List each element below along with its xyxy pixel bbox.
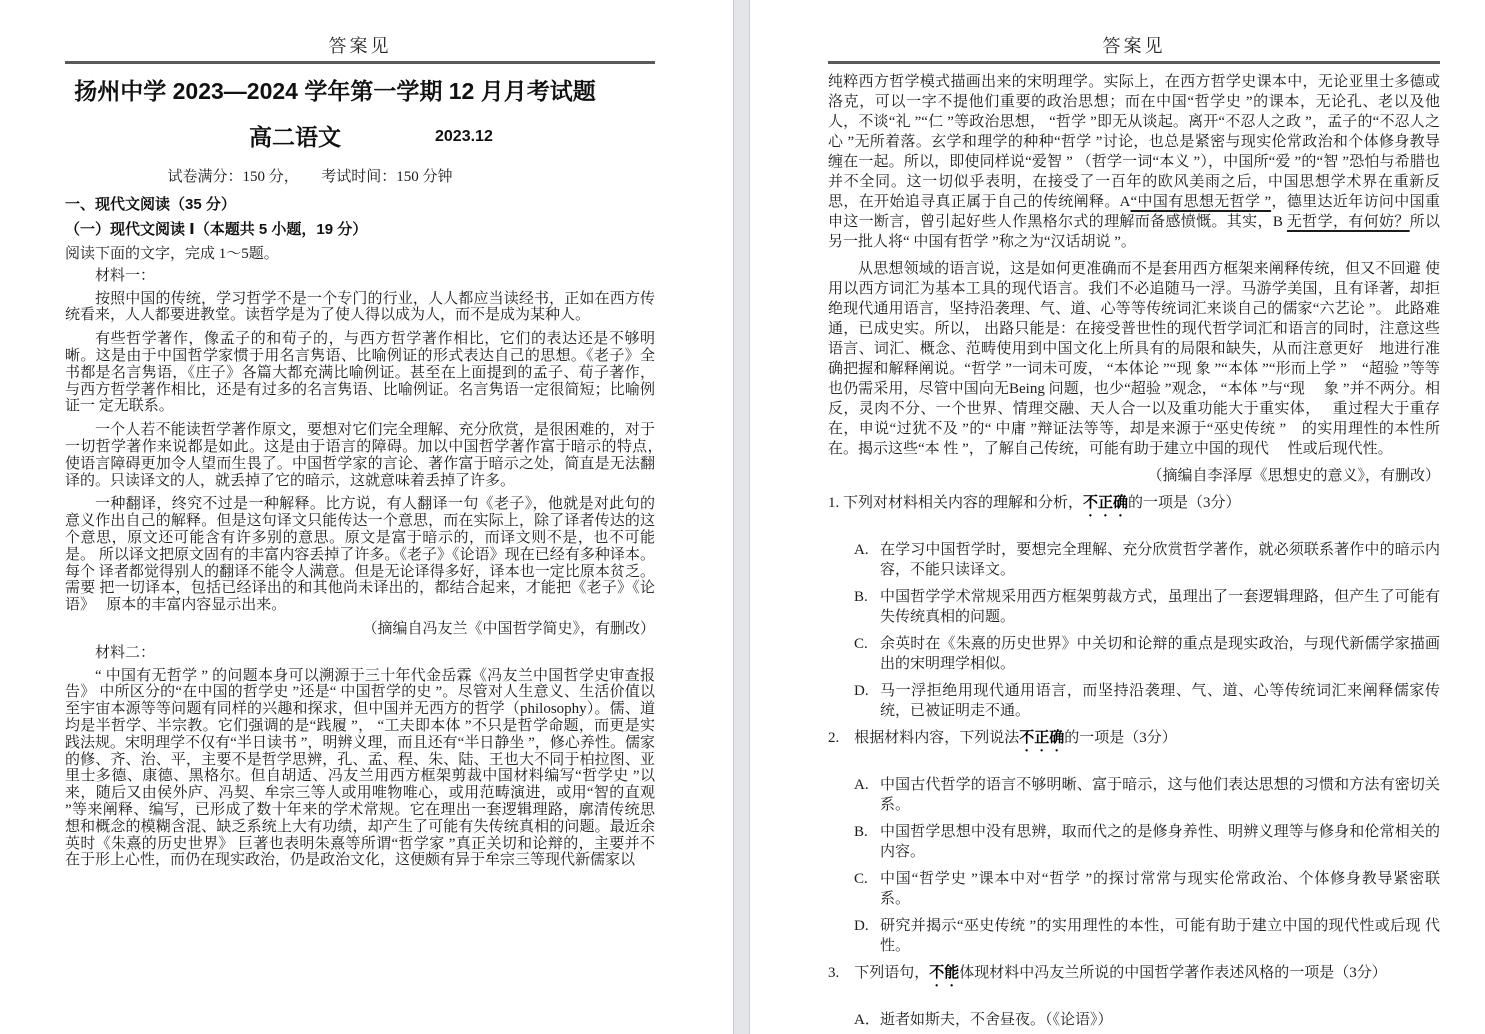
material1-paragraph: 有些哲学著作，像孟子的和荀子的，与西方哲学著作相比，它们的表达还是不够明晰。这是… [65,331,655,415]
question-2-stem: 2. 根据材料内容，下列说法不正确的一项是（3分） [828,728,1440,755]
text-run: 2. 根据材料内容，下列说法 [828,730,1019,746]
underlined-phrase-b: 无哲学，有何妨？ [1287,214,1410,230]
emphasized-word: 不能 [929,964,959,981]
option-text: 中国“哲学史 ”课本中对“哲学 ”的探讨常常与现实伦常政治、个体修身教导紧密联 … [880,869,1440,909]
option-label: A. [854,775,880,815]
subject-title: 高二语文 [249,124,341,150]
text-run: 纯粹西方哲学模式描画出来的宋明理学。实际上，在西方哲学史课本中，无论亚里士多德或… [828,74,1440,210]
text-run: 1. 下列对材料相关内容的理解和分析， [828,495,1083,511]
material2-continuation-paragraph: 纯粹西方哲学模式描画出来的宋明理学。实际上，在西方哲学史课本中，无论亚里士多德或… [828,72,1440,252]
question-1-option-a: A. 在学习中国哲学时，要想完全理解、充分欣赏哲学著作，就必须联系著作中的暗示内… [854,540,1440,580]
emphasized-word: 不正确 [1083,494,1128,511]
header-rule-left [65,61,655,64]
question-3-option-a: A． 逝者如斯夫，不舍昼夜。（《论语》） [854,1010,1440,1030]
question-1-option-c: C. 余英时在《朱熹的历史世界》中关切和论辩的重点是现实政治，与现代新儒学家描画… [854,634,1440,674]
material2-paragraph-2: 从思想领域的语言说，这是如何更准确而不是套用西方框架来阐释传统，但又不回避 使用… [828,259,1440,459]
emphasized-word: 不正确 [1019,729,1064,746]
material1-paragraph: 按照中国的传统，学习哲学不是一个专门的行业，人人都应当读经书，正如在西方传 统看… [65,291,655,325]
question-1: 1. 下列对材料相关内容的理解和分析，不正确的一项是（3分） A. 在学习中国哲… [828,493,1440,721]
text-run: 体现材料中冯友兰所说的中国哲学著作表述风格的一项是（3分） [959,965,1387,981]
question-2-option-d: D. 研究并揭示“巫史传统 ”的实用理性的本性，可能有助于建立中国的现代性或后现… [854,916,1440,956]
option-label: C. [854,869,880,909]
material1-source: （摘编自冯友兰《中国哲学简史》，有删改） [65,621,655,638]
subject-row: 高二语文 2023.12 [65,120,655,154]
question-3: 3. 下列语句，不能体现材料中冯友兰所说的中国哲学著作表述风格的一项是（3分） … [828,963,1440,1030]
option-text: 逝者如斯夫，不舍昼夜。（《论语》） [880,1010,1440,1030]
header-rule-right [828,61,1440,64]
option-text: 余英时在《朱熹的历史世界》中关切和论辩的重点是现实政治，与现代新儒学家描画 出的… [880,634,1440,674]
material1-paragraph: 一种翻译，终究不过是一种解释。比方说，有人翻译一句《老子》，他就是对此句的意义作… [65,496,655,614]
page-gutter [733,0,750,1034]
material1-paragraph: 一个人若不能读哲学著作原文，要想对它们完全理解、充分欣赏，是很困难的，对于 一切… [65,422,655,489]
question-1-stem: 1. 下列对材料相关内容的理解和分析，不正确的一项是（3分） [828,493,1440,520]
option-text: 马一浮拒绝用现代通用语言，而坚持沿袭理、气、道、心等传统词汇来阐释儒家传统，已被… [880,681,1440,721]
question-3-stem: 3. 下列语句，不能体现材料中冯友兰所说的中国哲学著作表述风格的一项是（3分） [828,963,1440,990]
question-2: 2. 根据材料内容，下列说法不正确的一项是（3分） A. 中国古代哲学的语言不够… [828,728,1440,956]
option-text: 中国古代哲学的语言不够明晰、富于暗示，这与他们表达思想的习惯和方法有密切关 系。 [880,775,1440,815]
exam-scan: 答案见 扬州中学 2023—2024 学年第一学期 12 月月考试题 高二语文 … [0,0,1485,1034]
left-body: 阅读下面的文字，完成 1～5题。 材料一： 按照中国的传统，学习哲学不是一个专门… [65,246,655,869]
underlined-phrase-a: “中国有思想无哲学 ” [1131,194,1272,210]
page-right: 答案见 纯粹西方哲学模式描画出来的宋明理学。实际上，在西方哲学史课本中，无论亚里… [750,0,1485,1034]
option-label: D. [854,916,880,956]
text-run: 的一项是（3分） [1064,730,1177,746]
subsection-heading: （一）现代文阅读 Ⅰ（本题共 5 小题，19 分） [65,221,655,239]
question-2-option-a: A. 中国古代哲学的语言不够明晰、富于暗示，这与他们表达思想的习惯和方法有密切关… [854,775,1440,815]
page-header-right: 答案见 [828,34,1440,58]
option-label: C. [854,634,880,674]
option-label: A． [854,1010,880,1030]
page-header-left: 答案见 [65,34,655,58]
page-left: 答案见 扬州中学 2023—2024 学年第一学期 12 月月考试题 高二语文 … [0,0,733,1034]
option-text: 中国哲学思想中没有思辨，取而代之的是修身养性、明辨义理等与修身和伦常相关的 内容… [880,822,1440,862]
material2-label: 材料二： [65,645,655,662]
section-heading: 一、现代文阅读（35 分） [65,196,655,214]
question-2-option-c: C. 中国“哲学史 ”课本中对“哲学 ”的探讨常常与现实伦常政治、个体修身教导紧… [854,869,1440,909]
question-1-option-b: B. 中国哲学学术常规采用西方框架剪裁方式，虽理出了一套逻辑理路，但产生了可能有… [854,587,1440,627]
option-text: 中国哲学学术常规采用西方框架剪裁方式，虽理出了一套逻辑理路，但产生了可能有 失传… [880,587,1440,627]
option-text: 在学习中国哲学时，要想完全理解、充分欣赏哲学著作，就必须联系著作中的暗示内 容，… [880,540,1440,580]
option-label: D. [854,681,880,721]
question-2-option-b: B. 中国哲学思想中没有思辨，取而代之的是修身养性、明辨义理等与修身和伦常相关的… [854,822,1440,862]
option-label: B. [854,822,880,862]
reading-instruction: 阅读下面的文字，完成 1～5题。 [65,246,655,263]
text-run: 3. 下列语句， [828,965,929,981]
option-text: 研究并揭示“巫史传统 ”的实用理性的本性，可能有助于建立中国的现代性或后现 代 … [880,916,1440,956]
text-run: 的一项是（3分） [1128,495,1241,511]
right-body: 纯粹西方哲学模式描画出来的宋明理学。实际上，在西方哲学史课本中，无论亚里士多德或… [828,72,1440,1030]
exam-title: 扬州中学 2023—2024 学年第一学期 12 月月考试题 [65,76,605,106]
material2-source: （摘编自李泽厚《思想史的意义》，有删改） [828,466,1440,486]
option-label: A. [854,540,880,580]
exam-date: 2023.12 [435,128,493,146]
material2-paragraph: “ 中国有无哲学 ” 的问题本身可以溯源于三十年代金岳霖《冯友兰中国哲学史审查报… [65,668,655,870]
exam-info-line: 试卷满分：150 分， 考试时间：150 分钟 [65,167,555,187]
material1-label: 材料一： [65,268,655,285]
question-1-option-d: D. 马一浮拒绝用现代通用语言，而坚持沿袭理、气、道、心等传统词汇来阐释儒家传统… [854,681,1440,721]
option-label: B. [854,587,880,627]
